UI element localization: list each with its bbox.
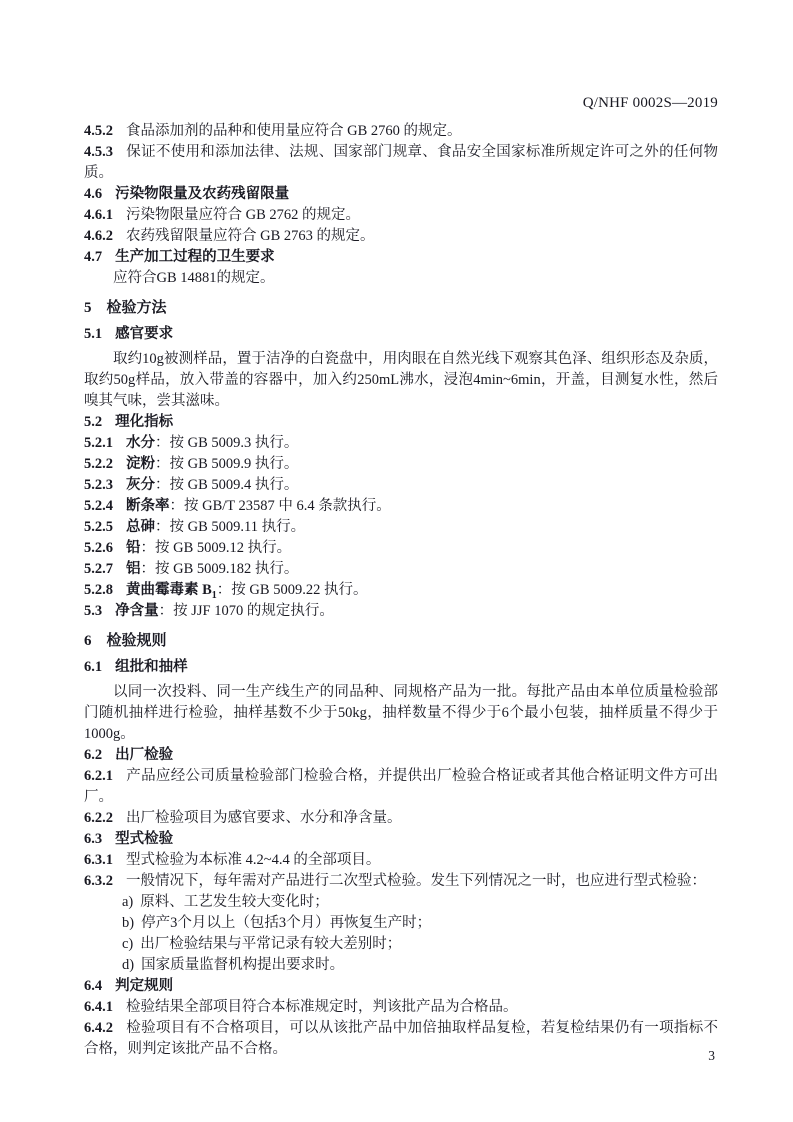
clause-number: 5.2.8 (84, 582, 113, 598)
document-page: Q/NHF 0002S—2019 4.5.2食品添加剂的品种和使用量应符合 GB… (0, 0, 793, 1122)
clause-number: 6.4.1 (84, 999, 113, 1015)
clause-text: ：按 GB/T 23587 中 6.4 条款执行。 (170, 498, 391, 514)
list-text: 原料、工艺发生较大变化时； (140, 894, 329, 910)
heading-6: 6检验规则 (84, 631, 718, 652)
clause-text: 产品应经公司质量检验部门检验合格，并提供出厂检验合格证或者其他合格证明文件方可出… (84, 768, 718, 805)
heading-6-2: 6.2出厂检验 (84, 745, 718, 766)
item-label: 铝 (126, 561, 141, 577)
clause-6-3-1: 6.3.1型式检验为本标准 4.2~4.4 的全部项目。 (84, 850, 718, 871)
page-number: 3 (708, 1048, 715, 1064)
heading-4-7: 4.7生产加工过程的卫生要求 (84, 247, 718, 268)
heading-5: 5检验方法 (84, 298, 718, 319)
heading-5-3: 5.3净含量：按 JJF 1070 的规定执行。 (84, 601, 718, 622)
clause-4-6-2: 4.6.2农药残留限量应符合 GB 2763 的规定。 (84, 226, 718, 247)
clause-5-2-3: 5.2.3灰分：按 GB 5009.4 执行。 (84, 475, 718, 496)
heading-6-4: 6.4判定规则 (84, 976, 718, 997)
clause-5-2-1: 5.2.1水分：按 GB 5009.3 执行。 (84, 433, 718, 454)
clause-text: 一般情况下，每年需对产品进行二次型式检验。发生下列情况之一时，也应进行型式检验： (126, 873, 706, 889)
list-marker: b) (122, 915, 134, 931)
heading-text: 生产加工过程的卫生要求 (115, 249, 275, 265)
heading-5-1: 5.1感官要求 (84, 324, 718, 345)
item-label: 净含量 (115, 603, 159, 619)
heading-number: 6.2 (84, 747, 102, 763)
clause-4-5-3: 4.5.3保证不使用和添加法律、法规、国家部门规章、食品安全国家标准所规定许可之… (84, 142, 718, 184)
clause-5-2-7: 5.2.7铝：按 GB 5009.182 执行。 (84, 559, 718, 580)
heading-6-3: 6.3型式检验 (84, 829, 718, 850)
list-marker: c) (122, 936, 133, 952)
list-text: 停产3个月以上（包括3个月）再恢复生产时； (141, 915, 431, 931)
clause-4-5-2: 4.5.2食品添加剂的品种和使用量应符合 GB 2760 的规定。 (84, 121, 718, 142)
clause-6-3-2: 6.3.2一般情况下，每年需对产品进行二次型式检验。发生下列情况之一时，也应进行… (84, 871, 718, 892)
clause-text: ：按 GB 5009.11 执行。 (155, 519, 305, 535)
clause-6-2-1: 6.2.1产品应经公司质量检验部门检验合格，并提供出厂检验合格证或者其他合格证明… (84, 766, 718, 808)
clause-text: ：按 GB 5009.4 执行。 (155, 477, 298, 493)
paragraph-4-7: 应符合GB 14881的规定。 (84, 268, 718, 289)
heading-number: 6.3 (84, 831, 102, 847)
clause-5-2-8: 5.2.8黄曲霉毒素 B1：按 GB 5009.22 执行。 (84, 580, 718, 601)
clause-number: 5.2.4 (84, 498, 113, 514)
heading-text: 检验方法 (107, 300, 167, 316)
clause-text: ：按 GB 5009.12 执行。 (141, 540, 292, 556)
clause-number: 6.3.2 (84, 873, 113, 889)
item-label: 铅 (126, 540, 141, 556)
item-label: 水分 (126, 435, 155, 451)
clause-number: 6.2.1 (84, 768, 113, 784)
clause-text: ：按 GB 5009.3 执行。 (155, 435, 298, 451)
clause-number: 4.6.2 (84, 228, 113, 244)
clause-text: 农药残留限量应符合 GB 2763 的规定。 (126, 228, 375, 244)
clause-5-2-5: 5.2.5总砷：按 GB 5009.11 执行。 (84, 517, 718, 538)
clause-text: ：按 GB 5009.9 执行。 (155, 456, 298, 472)
document-body: 4.5.2食品添加剂的品种和使用量应符合 GB 2760 的规定。 4.5.3保… (84, 121, 718, 1060)
clause-number: 4.6.1 (84, 207, 113, 223)
clause-5-2-6: 5.2.6铅：按 GB 5009.12 执行。 (84, 538, 718, 559)
clause-number: 6.3.1 (84, 852, 113, 868)
clause-5-2-2: 5.2.2淀粉：按 GB 5009.9 执行。 (84, 454, 718, 475)
heading-5-2: 5.2理化指标 (84, 412, 718, 433)
heading-number: 5.3 (84, 603, 102, 619)
list-item-b: b)停产3个月以上（包括3个月）再恢复生产时； (84, 913, 718, 934)
clause-text: 保证不使用和添加法律、法规、国家部门规章、食品安全国家标准所规定许可之外的任何物… (84, 144, 718, 181)
clause-text: ：按 GB 5009.182 执行。 (141, 561, 299, 577)
clause-text: 检验项目有不合格项目，可以从该批产品中加倍抽取样品复检，若复检结果仍有一项指标不… (84, 1020, 718, 1057)
clause-number: 4.5.3 (84, 144, 113, 160)
heading-text: 出厂检验 (115, 747, 173, 763)
list-item-d: d)国家质量监督机构提出要求时。 (84, 955, 718, 976)
heading-number: 5.1 (84, 326, 102, 342)
item-label: 断条率 (126, 498, 170, 514)
heading-number: 6.1 (84, 659, 102, 675)
clause-5-2-4: 5.2.4断条率：按 GB/T 23587 中 6.4 条款执行。 (84, 496, 718, 517)
list-item-a: a)原料、工艺发生较大变化时； (84, 892, 718, 913)
heading-number: 5 (84, 300, 92, 316)
clause-number: 5.2.3 (84, 477, 113, 493)
clause-number: 4.5.2 (84, 123, 113, 139)
heading-text: 型式检验 (115, 831, 173, 847)
heading-number: 6.4 (84, 978, 102, 994)
list-text: 国家质量监督机构提出要求时。 (141, 957, 344, 973)
paragraph-6-1: 以同一次投料、同一生产线生产的同品种、同规格产品为一批。每批产品由本单位质量检验… (84, 682, 718, 745)
clause-text: 检验结果全部项目符合本标准规定时，判该批产品为合格品。 (126, 999, 518, 1015)
clause-text: 污染物限量应符合 GB 2762 的规定。 (126, 207, 360, 223)
heading-number: 4.7 (84, 249, 102, 265)
item-label: 总砷 (126, 519, 155, 535)
clause-text: 食品添加剂的品种和使用量应符合 GB 2760 的规定。 (126, 123, 462, 139)
item-label: 黄曲霉毒素 B1 (126, 582, 217, 598)
clause-6-2-2: 6.2.2出厂检验项目为感官要求、水分和净含量。 (84, 808, 718, 829)
heading-number: 5.2 (84, 414, 102, 430)
clause-number: 5.2.1 (84, 435, 113, 451)
list-marker: d) (122, 957, 134, 973)
list-text: 出厂检验结果与平常记录有较大差别时； (140, 936, 401, 952)
clause-text: 型式检验为本标准 4.2~4.4 的全部项目。 (126, 852, 380, 868)
clause-text: ：按 JJF 1070 的规定执行。 (159, 603, 334, 619)
list-item-c: c)出厂检验结果与平常记录有较大差别时； (84, 934, 718, 955)
doc-code-header: Q/NHF 0002S—2019 (583, 95, 718, 112)
heading-text: 感官要求 (115, 326, 173, 342)
list-marker: a) (122, 894, 133, 910)
heading-text: 组批和抽样 (115, 659, 188, 675)
clause-6-4-1: 6.4.1检验结果全部项目符合本标准规定时，判该批产品为合格品。 (84, 997, 718, 1018)
clause-number: 6.2.2 (84, 810, 113, 826)
clause-number: 5.2.2 (84, 456, 113, 472)
clause-text: 出厂检验项目为感官要求、水分和净含量。 (126, 810, 402, 826)
heading-number: 6 (84, 633, 92, 649)
heading-4-6: 4.6污染物限量及农药残留限量 (84, 184, 718, 205)
paragraph-5-1: 取约10g被测样品，置于洁净的白瓷盘中，用肉眼在自然光线下观察其色泽、组织形态及… (84, 349, 718, 412)
clause-number: 5.2.5 (84, 519, 113, 535)
clause-text: ：按 GB 5009.22 执行。 (217, 582, 368, 598)
heading-text: 检验规则 (107, 633, 167, 649)
heading-text: 理化指标 (115, 414, 173, 430)
heading-text: 判定规则 (115, 978, 173, 994)
item-label: 淀粉 (126, 456, 155, 472)
item-label: 灰分 (126, 477, 155, 493)
heading-text: 污染物限量及农药残留限量 (115, 186, 289, 202)
clause-4-6-1: 4.6.1污染物限量应符合 GB 2762 的规定。 (84, 205, 718, 226)
clause-number: 5.2.6 (84, 540, 113, 556)
clause-number: 6.4.2 (84, 1020, 113, 1036)
heading-number: 4.6 (84, 186, 102, 202)
clause-number: 5.2.7 (84, 561, 113, 577)
clause-6-4-2: 6.4.2检验项目有不合格项目，可以从该批产品中加倍抽取样品复检，若复检结果仍有… (84, 1018, 718, 1060)
heading-6-1: 6.1组批和抽样 (84, 657, 718, 678)
